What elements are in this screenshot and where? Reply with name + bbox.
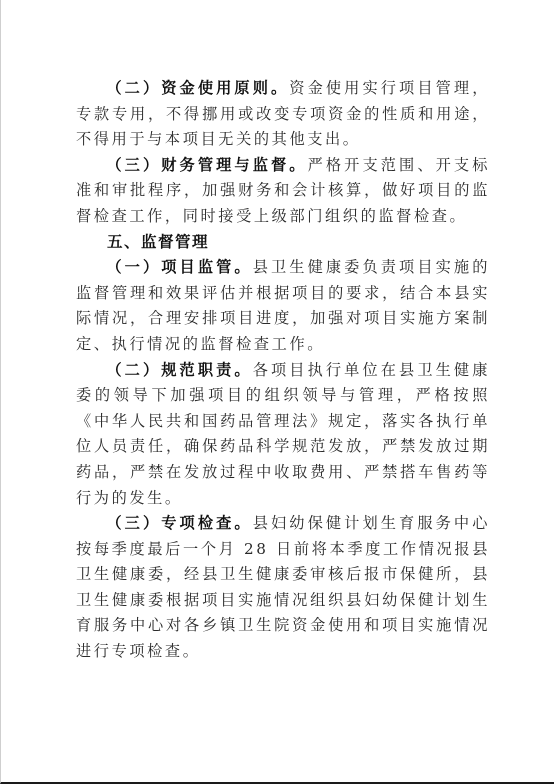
paragraph-lead: （一）项目监管。: [106, 258, 252, 276]
document-body: （二）资金使用原则。资金使用实行项目管理，专款专用，不得挪用或改变专项资金的性质…: [76, 76, 490, 665]
paragraph-project-supervision: （一）项目监管。县卫生健康委负责项目实施的监督管理和效果评估并根据项目的要求，结…: [76, 255, 490, 357]
paragraph-lead: （二）资金使用原则。: [106, 79, 289, 97]
document-page: （二）资金使用原则。资金使用实行项目管理，专款专用，不得挪用或改变专项资金的性质…: [0, 0, 554, 784]
paragraph-special-inspection: （三）专项检查。县妇幼保健计划生育服务中心按每季度最后一个月 28 日前将本季度…: [76, 511, 490, 665]
paragraph-standard-duties: （二）规范职责。各项目执行单位在县卫生健康委的领导下加强项目的组织领导与管理，严…: [76, 358, 490, 512]
paragraph-lead: （二）规范职责。: [106, 361, 252, 379]
paragraph-financial-management: （三）财务管理与监督。严格开支范围、开支标准和审批程序，加强财务和会计核算，做好…: [76, 153, 490, 230]
section-heading-supervision: 五、监督管理: [76, 230, 490, 256]
paragraph-body: 县妇幼保健计划生育服务中心按每季度最后一个月 28 日前将本季度工作情况报县卫生…: [76, 514, 490, 660]
paragraph-lead: （三）财务管理与监督。: [106, 156, 307, 174]
paragraph-fund-usage-principle: （二）资金使用原则。资金使用实行项目管理，专款专用，不得挪用或改变专项资金的性质…: [76, 76, 490, 153]
paragraph-lead: （三）专项检查。: [106, 514, 252, 532]
paragraph-body: 各项目执行单位在县卫生健康委的领导下加强项目的组织领导与管理，严格按照《中华人民…: [76, 361, 490, 507]
